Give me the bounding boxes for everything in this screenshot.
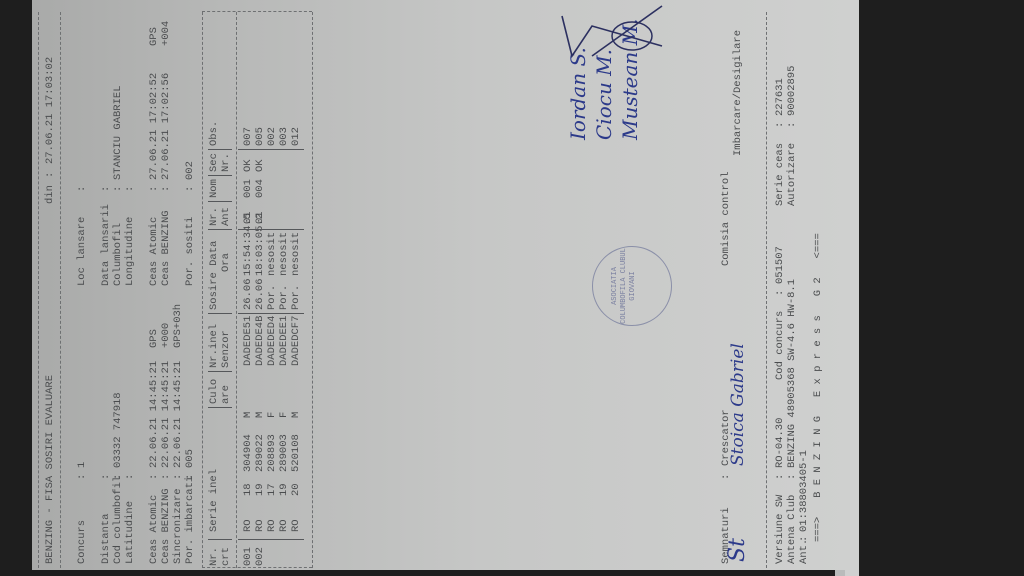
serie-ceas-value: 227631 (774, 78, 786, 116)
row-antenna: 01 (254, 211, 266, 224)
versiune-label: Versiune SW (774, 495, 786, 564)
table-right-border (202, 11, 312, 12)
por-sositi-value: 002 (184, 161, 196, 180)
row-ring-serial: 208893 (266, 434, 278, 472)
col-header-obs: Obs. (208, 121, 220, 146)
row-year: 19 (278, 483, 290, 496)
col-header-culoare: Culo are (208, 374, 232, 404)
row-obs: 002 (266, 127, 278, 146)
ceas-benzing-note-right: +004 (160, 21, 172, 46)
col-sep (208, 201, 232, 202)
divider (236, 12, 237, 568)
col-header-serie-inel: Serie inel (208, 469, 220, 532)
cod-concurs-value: 051507 (774, 246, 786, 284)
ceas-benzing-value: 22.06.21 14:45:21 (160, 361, 172, 468)
colon: : (160, 186, 172, 192)
autorizare-value: 90002895 (786, 66, 798, 116)
col-sep (208, 229, 232, 230)
sincronizare-value: 22.06.21 14:45:21 (172, 361, 184, 468)
col-sep (208, 175, 232, 176)
stamp-text: ASOCIATIA COLUMBOFILA CLUBUL GIOVANI (611, 248, 637, 324)
sincronizare-label: Sincronizare (172, 488, 184, 564)
longitudine-label: Longitudine (124, 217, 136, 286)
club-stamp: ASOCIATIA COLUMBOFILA CLUBUL GIOVANI (592, 246, 672, 326)
document-date: 27.06.21 17:03:02 (44, 57, 56, 164)
ceas-atomic-value-right: 27.06.21 17:02:52 (148, 73, 160, 180)
por-sositi-label: Por. sositi (184, 217, 196, 286)
row-year: 17 (266, 483, 278, 496)
colon: : (774, 122, 786, 128)
row-antenna: 01 (242, 211, 254, 224)
col-sep (208, 539, 232, 540)
serie-ceas-label: Serie ceas (774, 143, 786, 206)
document-title: BENZING - FISA SOSIRI EVALUARE (44, 375, 56, 564)
col-sep (238, 539, 304, 540)
row-year: 20 (290, 483, 302, 496)
distanta-label: Distanta (100, 514, 112, 564)
benzing-banner: ===> B E N Z I N G E x p r e s s G 2 <==… (812, 233, 824, 542)
divider (38, 12, 39, 568)
row-ring-serial: 304904 (242, 434, 254, 472)
cod-columbofil-value: 03332 747918 (112, 392, 124, 468)
col-sep (208, 149, 232, 150)
colon: : (148, 186, 160, 192)
row-year: 18 (242, 483, 254, 496)
row-obs: 012 (290, 127, 302, 146)
col-header-nr-inel-senzor: Nr.inel Senzor (208, 312, 232, 368)
colon: : (112, 186, 124, 192)
row-nr: 002 (254, 547, 266, 566)
row-nr: 001 (242, 547, 254, 566)
table-left-border (202, 567, 312, 568)
colon: : (100, 186, 112, 192)
cod-columbofil-label: Cod columbofil (112, 476, 124, 564)
row-ring-serial: 289003 (278, 434, 290, 472)
colon: : (112, 474, 124, 480)
row-date: 26.06 (254, 278, 266, 310)
row-country: RO (266, 519, 278, 532)
comisia-label: Comisia control (720, 171, 732, 266)
colon: : (76, 186, 88, 192)
colon: : (76, 474, 88, 480)
loc-lansare-label: Loc lansare (76, 217, 88, 286)
colon: : (184, 186, 196, 192)
divider (60, 12, 61, 568)
latitudine-label: Latitudine (124, 501, 136, 564)
ceas-benzing-label: Ceas BENZING (160, 488, 172, 564)
photo-background: BENZING - FISA SOSIRI EVALUARE din : 27.… (0, 0, 1024, 576)
row-sec: OK (242, 159, 254, 172)
ant-label: Ant. (798, 539, 810, 564)
row-nom: 001 (242, 179, 254, 198)
date-label: din (44, 185, 56, 204)
colon: : (124, 186, 136, 192)
colon: : (124, 474, 136, 480)
sincronizare-note: GPS+03h (172, 304, 184, 348)
ceas-atomic-label-right: Ceas Atomic (148, 217, 160, 286)
row-obs: 007 (242, 127, 254, 146)
colon: : (160, 474, 172, 480)
row-obs: 005 (254, 127, 266, 146)
row-sex: M (242, 412, 254, 418)
ceas-atomic-note-right: GPS (148, 27, 160, 46)
row-sensor: DADEDE51 (242, 316, 254, 366)
col-sep (238, 313, 304, 314)
crescator-initials: St (732, 538, 744, 562)
concurs-label: Concurs (76, 520, 88, 564)
data-lansarii-label: Data lansarii (100, 204, 112, 286)
col-sep (208, 407, 232, 408)
signature-scribble (552, 0, 672, 76)
autorizare-label: Autorizare (786, 143, 798, 206)
por-imbarcati-label: Por. imbarcati (184, 476, 196, 564)
colon: : (172, 474, 184, 480)
ceas-benzing-note: +000 (160, 323, 172, 348)
divider (766, 12, 767, 568)
row-country: RO (254, 519, 266, 532)
row-country: RO (290, 519, 302, 532)
row-sex: F (278, 412, 290, 418)
ceas-benzing-value-right: 27.06.21 17:02:56 (160, 73, 172, 180)
col-header-nr-ant: Nr. Ant (208, 198, 232, 226)
ceas-atomic-value: 22.06.21 14:45:21 (148, 361, 160, 468)
col-header-sec-nr: Sec Nr. (208, 148, 232, 172)
col-sep (238, 229, 304, 230)
ceas-benzing-label-right: Ceas BENZING (160, 210, 172, 286)
ceas-atomic-note: GPS (148, 329, 160, 348)
col-sep (208, 313, 232, 314)
row-sec: OK (254, 159, 266, 172)
row-sensor: DADEDE4B (254, 316, 266, 366)
row-country: RO (278, 519, 290, 532)
row-sex: M (254, 412, 266, 418)
col-header-nom: Nom (208, 179, 220, 198)
colon: : (774, 290, 786, 296)
col-header-ora: Ora (220, 253, 232, 272)
evaluation-sheet: BENZING - FISA SOSIRI EVALUARE din : 27.… (32, 0, 850, 576)
colon: : (798, 536, 810, 542)
por-imbarcati-value: 005 (184, 449, 196, 468)
row-date: Por. (266, 285, 278, 310)
row-sensor: DADEDED4 (266, 316, 278, 366)
row-obs: 003 (278, 127, 290, 146)
ceas-atomic-label: Ceas Atomic (148, 495, 160, 564)
row-time: nesosit (290, 232, 302, 276)
row-date: 26.06 (242, 278, 254, 310)
col-header-sosire: Sosire Data (208, 241, 220, 310)
row-date: Por. (278, 285, 290, 310)
row-time: nesosit (266, 232, 278, 276)
imbarcare-label: Imbarcare/Desigilare (732, 30, 744, 156)
colon: : (720, 474, 732, 480)
row-year: 19 (254, 483, 266, 496)
colon: : (786, 474, 798, 480)
colon: : (786, 122, 798, 128)
colon: : (100, 474, 112, 480)
row-ring-serial: 520108 (290, 434, 302, 472)
divider (202, 12, 203, 568)
row-ring-serial: 289022 (254, 434, 266, 472)
row-country: RO (242, 519, 254, 532)
cod-concurs-label: Cod concurs (774, 311, 786, 380)
colon: : (184, 474, 196, 480)
columbofil-label: Columbofil (112, 223, 124, 286)
colon: : (44, 172, 56, 178)
divider (312, 12, 313, 568)
row-sex: M (290, 412, 302, 418)
columbofil-value: STANCIU GABRIEL (112, 85, 124, 180)
row-date: Por. (290, 285, 302, 310)
row-time: nesosit (278, 232, 290, 276)
row-sex: F (266, 412, 278, 418)
colon: : (774, 474, 786, 480)
col-header-nr-crt: Nr. crt (208, 536, 232, 566)
antena-value: BENZING 48905368 SW-4.6 HW-8.1 (786, 279, 798, 468)
col-sep (208, 371, 232, 372)
versiune-value: RO-04.30 (774, 418, 786, 468)
ant-value: 01:38803405-1 (798, 450, 810, 532)
col-sep (238, 149, 304, 150)
concurs-value: 1 (76, 462, 88, 468)
colon: : (148, 474, 160, 480)
crescator-signature: Stoica Gabriel (732, 343, 744, 466)
antena-label: Antena Club (786, 495, 798, 564)
row-nom: 004 (254, 179, 266, 198)
row-sensor: DADEDCF7 (290, 316, 302, 366)
row-sensor: DADEDEE1 (278, 316, 290, 366)
